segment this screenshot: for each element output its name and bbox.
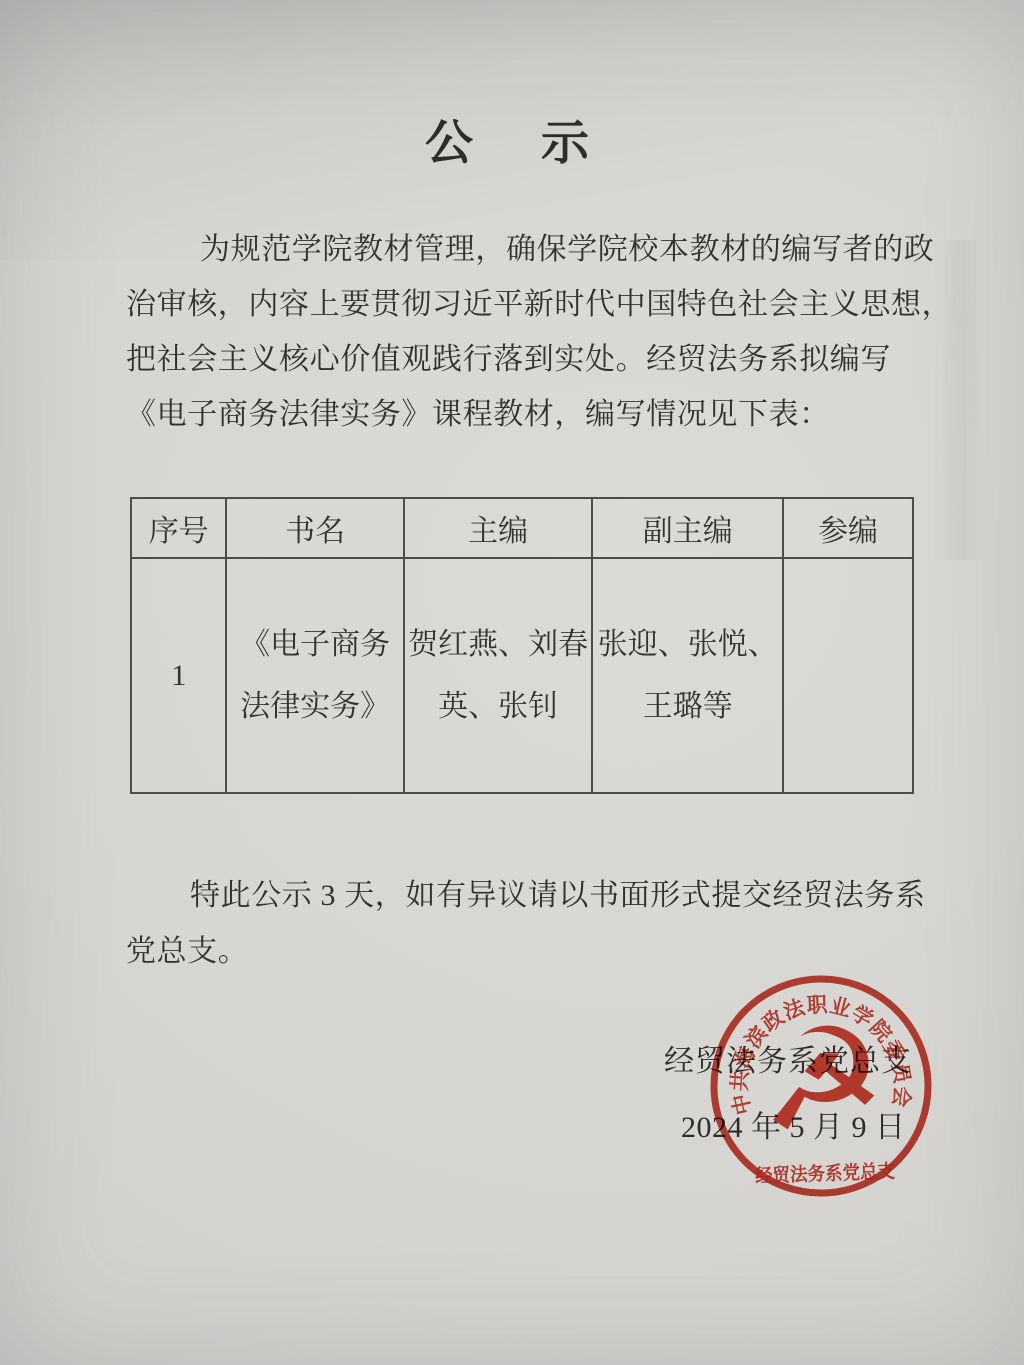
cell-deputy-editors: 张迎、张悦、 王璐等 [592, 558, 783, 793]
body-line: 把社会主义核心价值观践行落到实处。经贸法务系拟编写 [126, 332, 918, 387]
seal-graphic: 中共海滨政法职业学院委员会 ☭ 经贸法务系党总支 [702, 966, 942, 1206]
header-contributor: 参编 [783, 498, 913, 558]
editors-table: 序号 书名 主编 副主编 参编 1 《电子商务 法律实务》 贺红燕、刘春 英、张… [130, 497, 914, 794]
body-line: 《电子商务法律实务》课程教材，编写情况见下表： [126, 387, 918, 442]
closing-paragraph: 特此公示 3 天，如有异议请以书面形式提交经贸法务系 党总支。 [126, 868, 926, 980]
cell-serial: 1 [131, 558, 226, 793]
table-row: 1 《电子商务 法律实务》 贺红燕、刘春 英、张钊 张迎、张悦、 王璐等 [131, 558, 913, 793]
cell-chief-editors: 贺红燕、刘春 英、张钊 [404, 558, 592, 793]
header-serial: 序号 [131, 498, 226, 558]
table-header-row: 序号 书名 主编 副主编 参编 [131, 498, 913, 558]
seal-bottom-text: 经贸法务系党总支 [755, 1160, 896, 1188]
cell-book: 《电子商务 法律实务》 [226, 558, 404, 793]
official-seal: 中共海滨政法职业学院委员会 ☭ 经贸法务系党总支 [702, 966, 942, 1206]
closing-line: 特此公示 3 天，如有异议请以书面形式提交经贸法务系 [126, 868, 926, 924]
page-title: 公 示 [0, 104, 1024, 173]
header-deputy-editor: 副主编 [592, 498, 783, 558]
header-chief-editor: 主编 [404, 498, 592, 558]
body-line: 治审核，内容上要贯彻习近平新时代中国特色社会主义思想， [126, 277, 918, 332]
hammer-sickle-icon: ☭ [757, 997, 888, 1164]
cell-contributors [783, 558, 913, 793]
header-book: 书名 [226, 498, 404, 558]
document-photo: 公 示 为规范学院教材管理，确保学院校本教材的编写者的政 治审核，内容上要贯彻习… [0, 0, 1024, 1365]
body-line: 为规范学院教材管理，确保学院校本教材的编写者的政 [126, 222, 918, 277]
body-paragraph: 为规范学院教材管理，确保学院校本教材的编写者的政 治审核，内容上要贯彻习近平新时… [126, 222, 918, 442]
